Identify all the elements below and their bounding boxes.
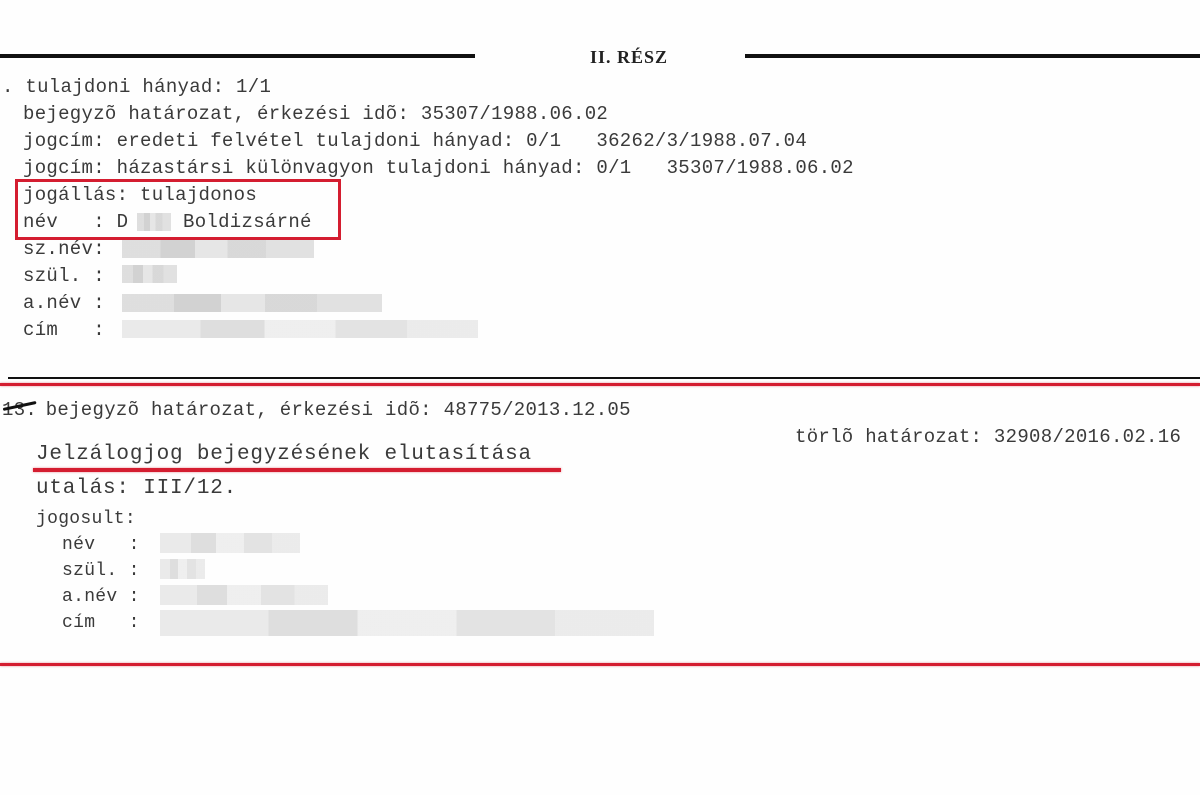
ownership-title-line-2: jogcím: házastársi különvagyon tulajdoni… — [23, 155, 854, 181]
entry-registering-decision: bejegyzõ határozat, érkezési idõ: 48775/… — [34, 397, 631, 423]
part-title: II. RÉSZ — [590, 47, 668, 68]
field-label-birth: szül. : — [23, 263, 105, 289]
reference: utalás: III/12. — [36, 475, 237, 503]
section-divider — [8, 377, 1200, 379]
field-label-mother-name: a.név : — [23, 290, 105, 316]
highlight-box-bottom — [0, 663, 1200, 666]
ownership-title-line-1: jogcím: eredeti felvétel tulajdoni hánya… — [23, 128, 807, 154]
redacted-beneficiary-mother-name — [160, 585, 328, 605]
owner-name-redaction — [137, 213, 171, 231]
title-underline — [33, 468, 561, 472]
beneficiary-field-label-birth: szül. : — [62, 558, 140, 584]
redacted-beneficiary-name — [160, 533, 300, 553]
ownership-share-line: . tulajdoni hányad: 1/1 — [2, 74, 271, 100]
beneficiary-label: jogosult: — [36, 506, 136, 532]
redacted-address — [122, 320, 478, 338]
redacted-birth-name — [122, 240, 314, 258]
header-rule-right — [745, 54, 1200, 58]
redacted-mother-name — [122, 294, 382, 312]
entry-title: Jelzálogjog bejegyzésének elutasítása — [36, 441, 532, 469]
field-label-address: cím : — [23, 317, 105, 343]
header-rule-left — [0, 54, 475, 58]
beneficiary-field-label-mother-name: a.név : — [62, 584, 140, 610]
legal-status: jogállás: tulajdonos — [23, 182, 257, 208]
ownership-registering-decision: bejegyzõ határozat, érkezési idõ: 35307/… — [23, 101, 608, 127]
highlight-box-top — [0, 383, 1200, 386]
redacted-beneficiary-birth — [160, 559, 205, 579]
redacted-beneficiary-address — [160, 610, 654, 636]
beneficiary-field-label-name: név : — [62, 532, 140, 558]
redacted-birth — [122, 265, 177, 283]
field-label-birth-name: sz.név: — [23, 236, 105, 262]
owner-name-label: név : D — [23, 209, 128, 235]
owner-name-suffix: Boldizsárné — [183, 209, 312, 235]
beneficiary-field-label-address: cím : — [62, 610, 140, 636]
deleting-decision: törlõ határozat: 32908/2016.02.16 — [795, 424, 1181, 450]
